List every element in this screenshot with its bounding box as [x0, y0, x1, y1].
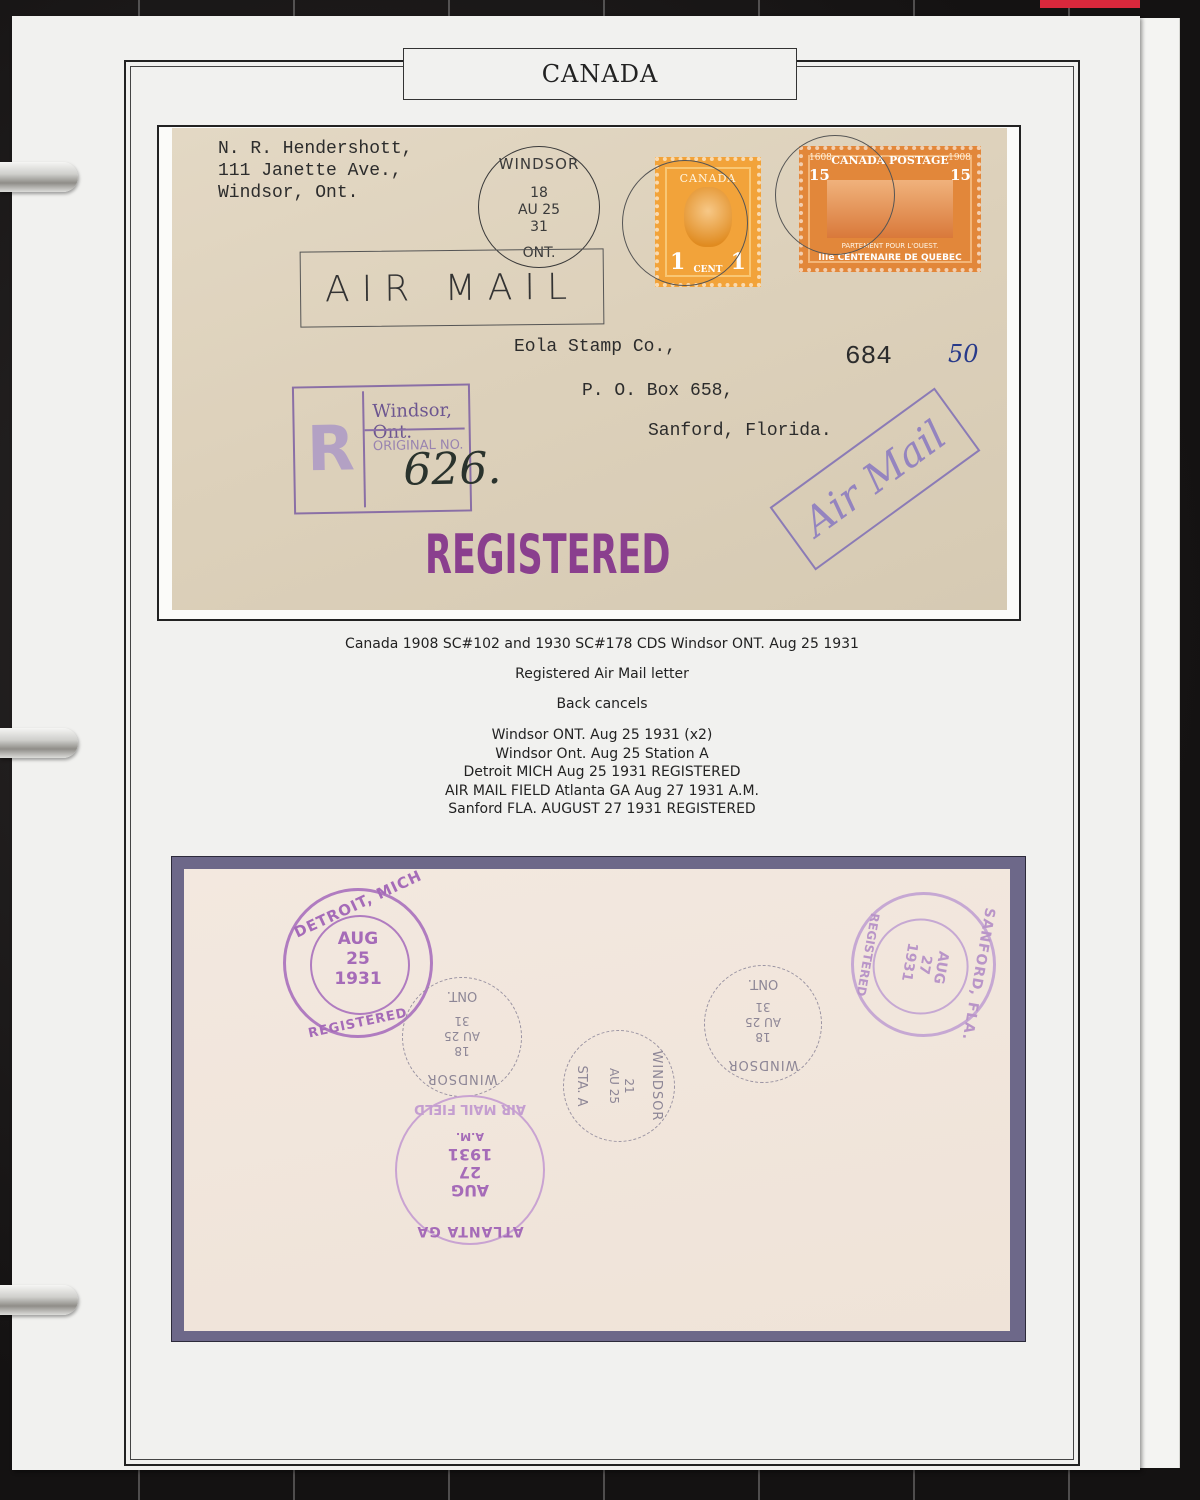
sender-address: N. R. Hendershott,111 Janette Ave.,Winds…	[218, 138, 412, 204]
back-cancel-item: Windsor ONT. Aug 25 1931 (x2)	[130, 726, 1074, 745]
addressee-line: P. O. Box 658,	[582, 380, 733, 402]
back-cancel-item: Windsor Ont. Aug 25 Station A	[130, 745, 1074, 764]
windsor-station-a-backstamp: WINDSOR 21AU 25 STA. A	[563, 1030, 675, 1142]
caption-type: Registered Air Mail letter	[130, 666, 1074, 682]
caption-description: Canada 1908 SC#102 and 1930 SC#178 CDS W…	[130, 636, 1074, 652]
page-title-box: CANADA	[403, 48, 797, 100]
red-divider-tab	[1040, 0, 1140, 8]
binder-ring-icon	[0, 1285, 78, 1315]
back-cancel-item: Detroit MICH Aug 25 1931 REGISTERED	[130, 763, 1074, 782]
registration-label: R Windsor, Ont. ORIGINAL NO. 626.	[292, 383, 472, 514]
addressee-line: Sanford, Florida.	[648, 420, 832, 442]
manuscript-airmail: AIR MAIL	[300, 248, 605, 327]
windsor-backstamp: WINDSOR 18AU 2531 ONT.	[402, 977, 522, 1097]
back-cancel-item: Sanford FLA. AUGUST 27 1931 REGISTERED	[130, 800, 1074, 819]
registered-handstamp: REGISTERED	[425, 523, 670, 586]
binder-ring-icon	[0, 728, 78, 758]
caption-back-cancels-heading: Back cancels	[130, 696, 1074, 712]
page-title: CANADA	[542, 60, 659, 88]
catalog-number: 684	[845, 345, 892, 367]
back-cancels-list: Windsor ONT. Aug 25 1931 (x2) Windsor On…	[130, 726, 1074, 819]
pencil-note: 50	[948, 340, 979, 368]
binder-ring-icon	[0, 162, 78, 192]
addressee-line: Eola Stamp Co.,	[514, 336, 676, 358]
stamp-cancel	[775, 135, 895, 255]
windsor-backstamp: WINDSOR 18AU 2531 ONT.	[704, 965, 822, 1083]
back-cancel-item: AIR MAIL FIELD Atlanta GA Aug 27 1931 A.…	[130, 782, 1074, 801]
atlanta-airmail-field-postmark: ATLANTA GA AUG271931A.M. AIR MAIL FIELD	[395, 1095, 545, 1245]
stamp-cancel	[622, 160, 748, 286]
